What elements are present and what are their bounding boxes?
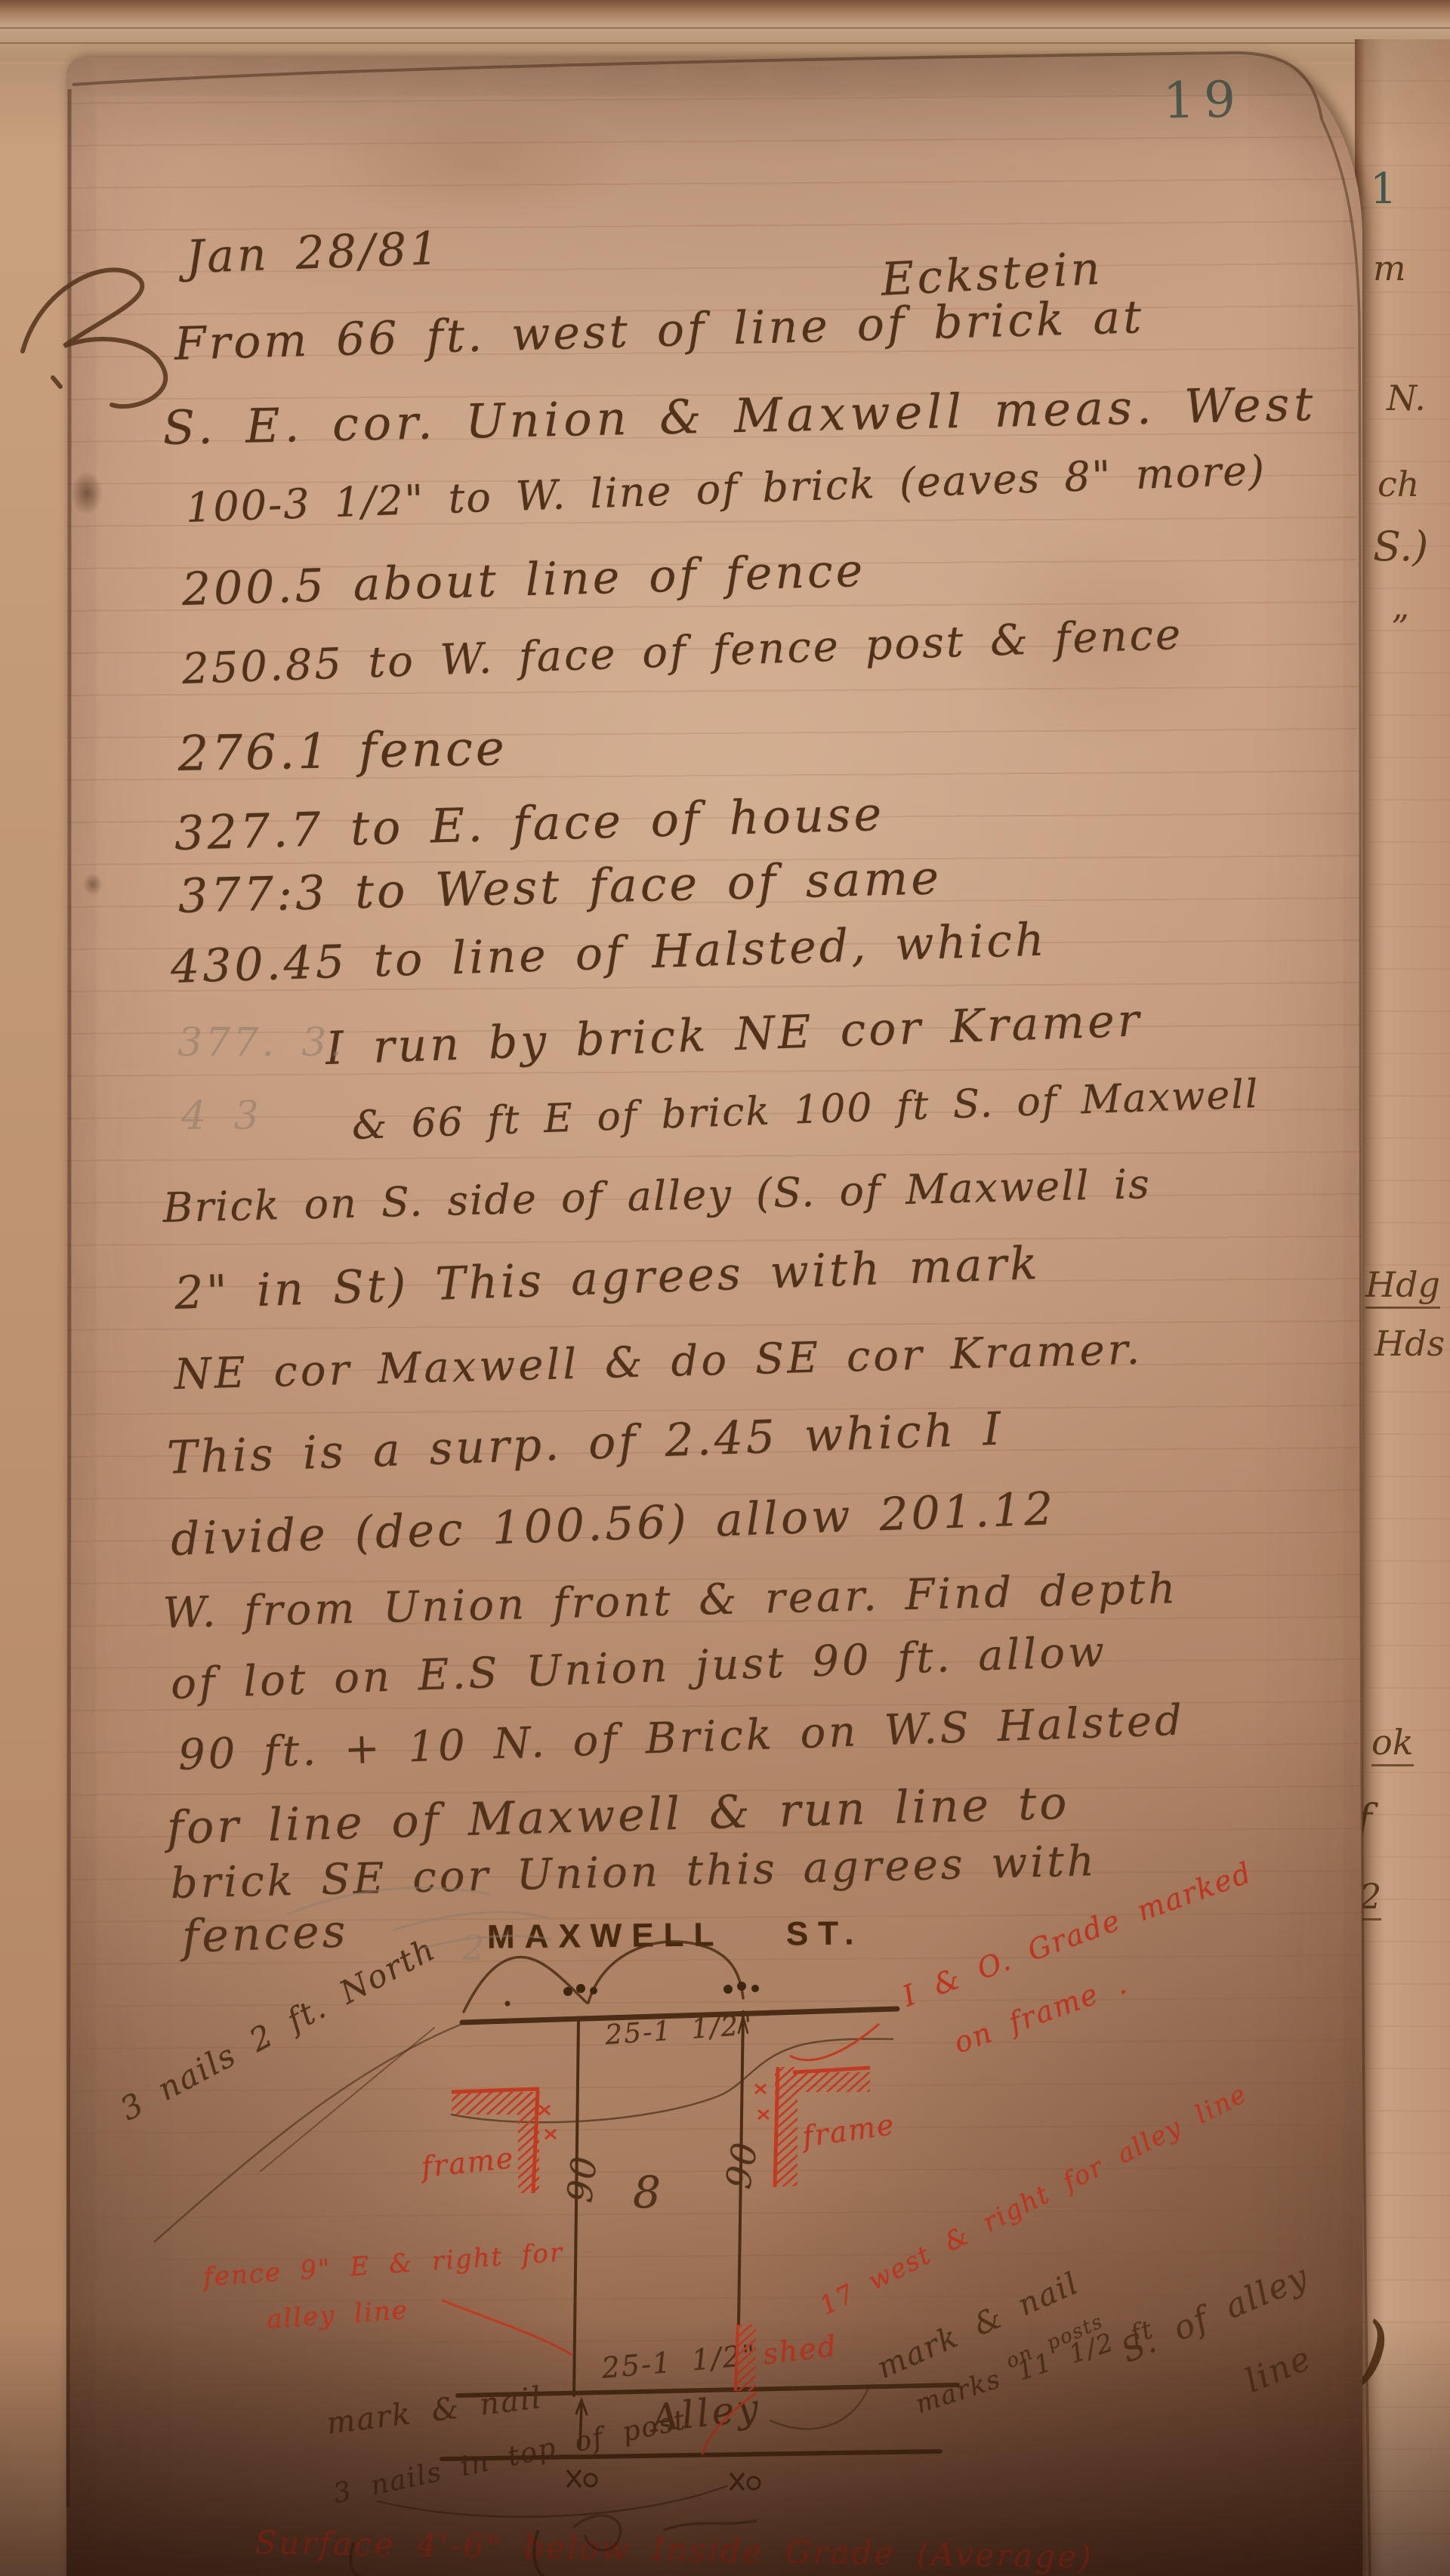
next-page-number: 1 — [1370, 165, 1400, 214]
entry-date: Jan 28/81 — [185, 224, 443, 282]
pencil-ghost-number: 4 3 — [181, 1095, 262, 1138]
next-page-fragment: Hdg — [1365, 1264, 1440, 1309]
next-page-fragment: m — [1373, 248, 1406, 288]
lot-depth-west-label: 90 — [560, 2153, 604, 2204]
street-label: MAXWELL ST. — [487, 1914, 864, 1956]
book-top-page-edges — [0, 0, 1450, 62]
lot-number-label: 8 — [633, 2169, 664, 2217]
pencil-ghost-number: 377. 3. — [177, 1022, 345, 1065]
next-page-fragment: ok — [1371, 1722, 1414, 1766]
next-page-fragment: ” — [1391, 607, 1409, 648]
next-page-fragment: 2 — [1359, 1876, 1381, 1920]
next-page-fragment: ch — [1377, 464, 1419, 504]
next-page-fragment: N. — [1387, 378, 1426, 418]
page-number-stamp: 19 — [1162, 70, 1245, 130]
pencil-ghost-number: 2 — [462, 1929, 487, 1967]
field-note-line: 276.1 fence — [177, 722, 507, 781]
notebook-scan: 1 m N. ch S.) ” Hdg Hds ok f 2 ) 19 Jan … — [0, 0, 1450, 2576]
lot-depth-east-label: 90 — [719, 2138, 765, 2191]
field-note-line: fences — [181, 1906, 349, 1962]
next-page-sliver: 1 m N. ch S.) ” Hdg Hds ok f 2 ) — [1355, 39, 1450, 2576]
notebook-page: 19 Jan 28/81 Eckstein From 66 ft. west o… — [66, 57, 1362, 2576]
next-page-fragment: Hds — [1374, 1323, 1445, 1364]
next-page-fragment: S.) — [1373, 523, 1428, 570]
